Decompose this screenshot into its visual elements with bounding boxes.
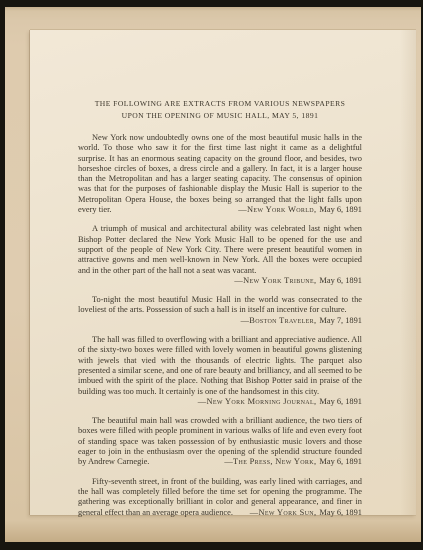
heading-line-1: THE FOLLOWING ARE EXTRACTS FROM VARIOUS … — [78, 98, 362, 110]
attribution-date: May 6, 1891 — [319, 457, 362, 466]
extract-attribution: —The Press, New York,May 6, 1891 — [224, 457, 362, 467]
page-title: THE FOLLOWING ARE EXTRACTS FROM VARIOUS … — [78, 98, 362, 122]
extract-text: To-night the most beautiful Music Hall i… — [78, 295, 362, 314]
extract-text: New York now undoubtedly owns one of the… — [78, 133, 362, 214]
newspaper-extract: Fifty-seventh street, in front of the bu… — [78, 477, 362, 518]
attribution-date: May 6, 1891 — [319, 276, 362, 285]
attribution-source: —New York World, — [238, 205, 316, 214]
newspaper-extract: The hall was filled to overflowing with … — [78, 335, 362, 407]
tipped-in-page: THE FOLLOWING ARE EXTRACTS FROM VARIOUS … — [30, 30, 416, 515]
newspaper-extract: To-night the most beautiful Music Hall i… — [78, 295, 362, 326]
attribution-date: May 6, 1891 — [319, 205, 362, 214]
newspaper-extract: The beautiful main hall was crowded with… — [78, 416, 362, 467]
attribution-source: —The Press, New York, — [224, 457, 316, 466]
newspaper-extract: New York now undoubtedly owns one of the… — [78, 133, 362, 215]
extract-attribution: —New York Morning Journal,May 6, 1891 — [198, 397, 362, 407]
text-block: THE FOLLOWING ARE EXTRACTS FROM VARIOUS … — [78, 30, 362, 518]
extract-attribution: —New York Sun,May 6, 1891 — [250, 508, 362, 518]
book-page: THE FOLLOWING ARE EXTRACTS FROM VARIOUS … — [5, 7, 421, 542]
extract-attribution: —New York World,May 6, 1891 — [238, 205, 362, 215]
attribution-date: May 6, 1891 — [319, 508, 362, 517]
extract-text: A triumph of musical and architectural a… — [78, 224, 362, 274]
extract-attribution: —New York Tribune,May 6, 1891 — [234, 276, 362, 286]
attribution-date: May 7, 1891 — [319, 316, 362, 325]
extract-attribution: —Boston Traveler,May 7, 1891 — [241, 316, 362, 326]
attribution-source: —New York Morning Journal, — [198, 397, 317, 406]
attribution-source: —New York Tribune, — [234, 276, 316, 285]
heading-line-2: UPON THE OPENING OF MUSIC HALL, MAY 5, 1… — [78, 110, 362, 122]
attribution-source: —Boston Traveler, — [241, 316, 317, 325]
attribution-source: —New York Sun, — [250, 508, 317, 517]
scanned-page-backdrop: THE FOLLOWING ARE EXTRACTS FROM VARIOUS … — [0, 0, 423, 550]
newspaper-extract: A triumph of musical and architectural a… — [78, 224, 362, 286]
attribution-date: May 6, 1891 — [319, 397, 362, 406]
extract-text: The hall was filled to overflowing with … — [78, 335, 362, 395]
